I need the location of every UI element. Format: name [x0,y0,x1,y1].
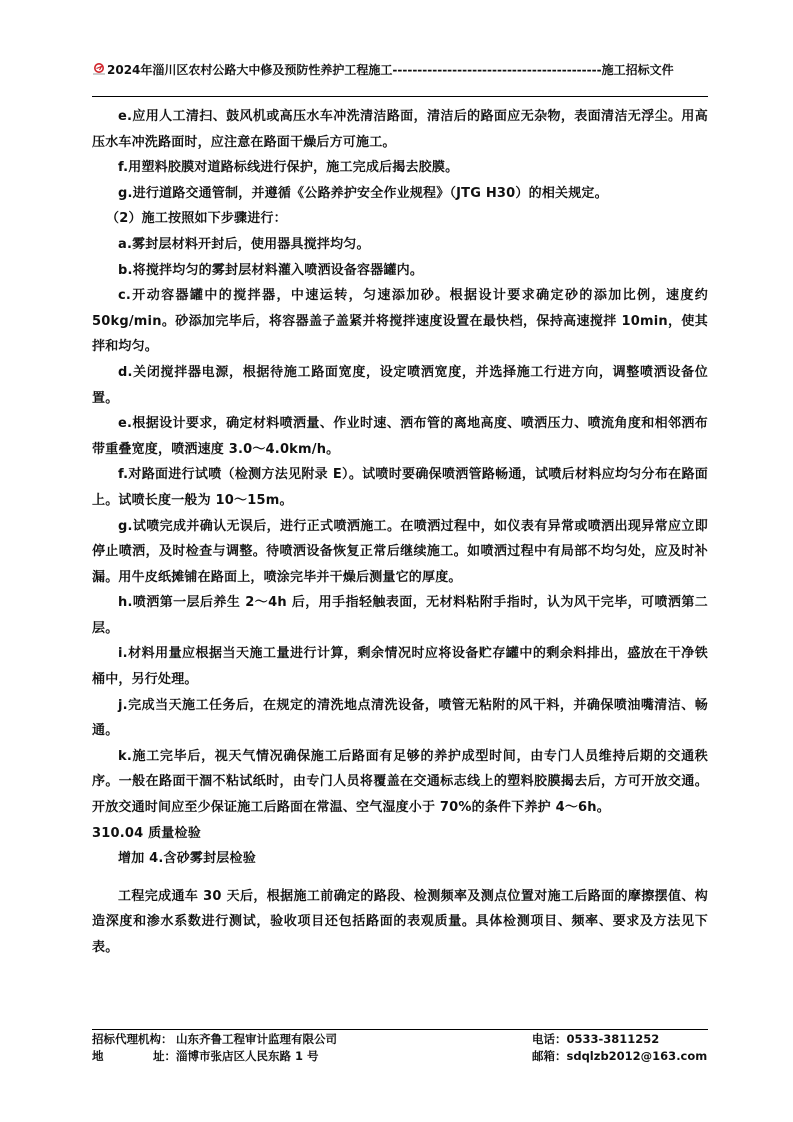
document-body: e.应用人工清扫、鼓风机或高压水车冲洗清洁路面，清洁后的路面应无杂物，表面清洁无… [92,104,708,961]
agency-label: 招标代理机构： [92,1031,176,1048]
paragraph: f.对路面进行试喷（检测方法见附录 E）。试喷时要确保喷洒管路畅通，试喷后材料应… [92,462,708,513]
header-title: 2024年淄川区农村公路大中修及预防性养护工程施工---------------… [107,63,674,77]
page-header: 2024年淄川区农村公路大中修及预防性养护工程施工---------------… [92,62,708,78]
paragraph: e.根据设计要求，确定材料喷洒量、作业时速、洒布管的离地高度、喷洒压力、喷流角度… [92,411,708,462]
header-divider [92,96,708,97]
address-label-b: 址： [153,1048,176,1065]
phone: 电话：0533-3811252 [532,1031,708,1048]
paragraph: c.开动容器罐中的搅拌器，中速运转，匀速添加砂。根据设计要求确定砂的添加比例，速… [92,283,708,360]
paragraph: g.试喷完成并确认无误后，进行正式喷洒施工。在喷洒过程中，如仪表有异常或喷洒出现… [92,514,708,591]
section-heading: 310.04 质量检验 [92,821,708,847]
paragraph: h.喷洒第一层后养生 2～4h 后，用手指轻触表面，无材料粘附手指时，认为风干完… [92,590,708,641]
paragraph: e.应用人工清扫、鼓风机或高压水车冲洗清洁路面，清洁后的路面应无杂物，表面清洁无… [92,104,708,155]
company-logo-icon [92,63,106,75]
agency-value: 山东齐鲁工程审计监理有限公司 [176,1031,337,1048]
email: 邮箱：sdqlzb2012@163.com [532,1048,708,1065]
paragraph: b.将搅拌均匀的雾封层材料灌入喷洒设备容器罐内。 [92,258,708,284]
paragraph: 工程完成通车 30 天后，根据施工前确定的路段、检测频率及测点位置对施工后路面的… [92,884,708,961]
paragraph: d.关闭搅拌器电源，根据待施工路面宽度，设定喷洒宽度，并选择施工行进方向，调整喷… [92,360,708,411]
paragraph: f.用塑料胶膜对道路标线进行保护，施工完成后揭去胶膜。 [92,155,708,181]
address-value: 淄博市张店区人民东路 1 号 [176,1048,319,1065]
sub-heading: 增加 4.含砂雾封层检验 [92,846,708,872]
paragraph: k.施工完毕后，视天气情况确保施工后路面有足够的养护成型时间，由专门人员维持后期… [92,744,708,821]
paragraph: g.进行道路交通管制，并遵循《公路养护安全作业规程》（JTG H30）的相关规定… [92,181,708,207]
page-footer: 招标代理机构： 山东齐鲁工程审计监理有限公司 电话：0533-3811252 地… [92,1031,708,1065]
paragraph: i.材料用量应根据当天施工量进行计算，剩余情况时应将设备贮存罐中的剩余料排出，盛… [92,641,708,692]
address-label-a: 地 [92,1048,104,1065]
footer-divider [92,1029,708,1030]
paragraph: （2）施工按照如下步骤进行： [92,206,708,232]
paragraph: a.雾封层材料开封后，使用器具搅拌均匀。 [92,232,708,258]
paragraph: j.完成当天施工任务后，在规定的清洗地点清洗设备，喷管无粘附的风干料，并确保喷油… [92,693,708,744]
